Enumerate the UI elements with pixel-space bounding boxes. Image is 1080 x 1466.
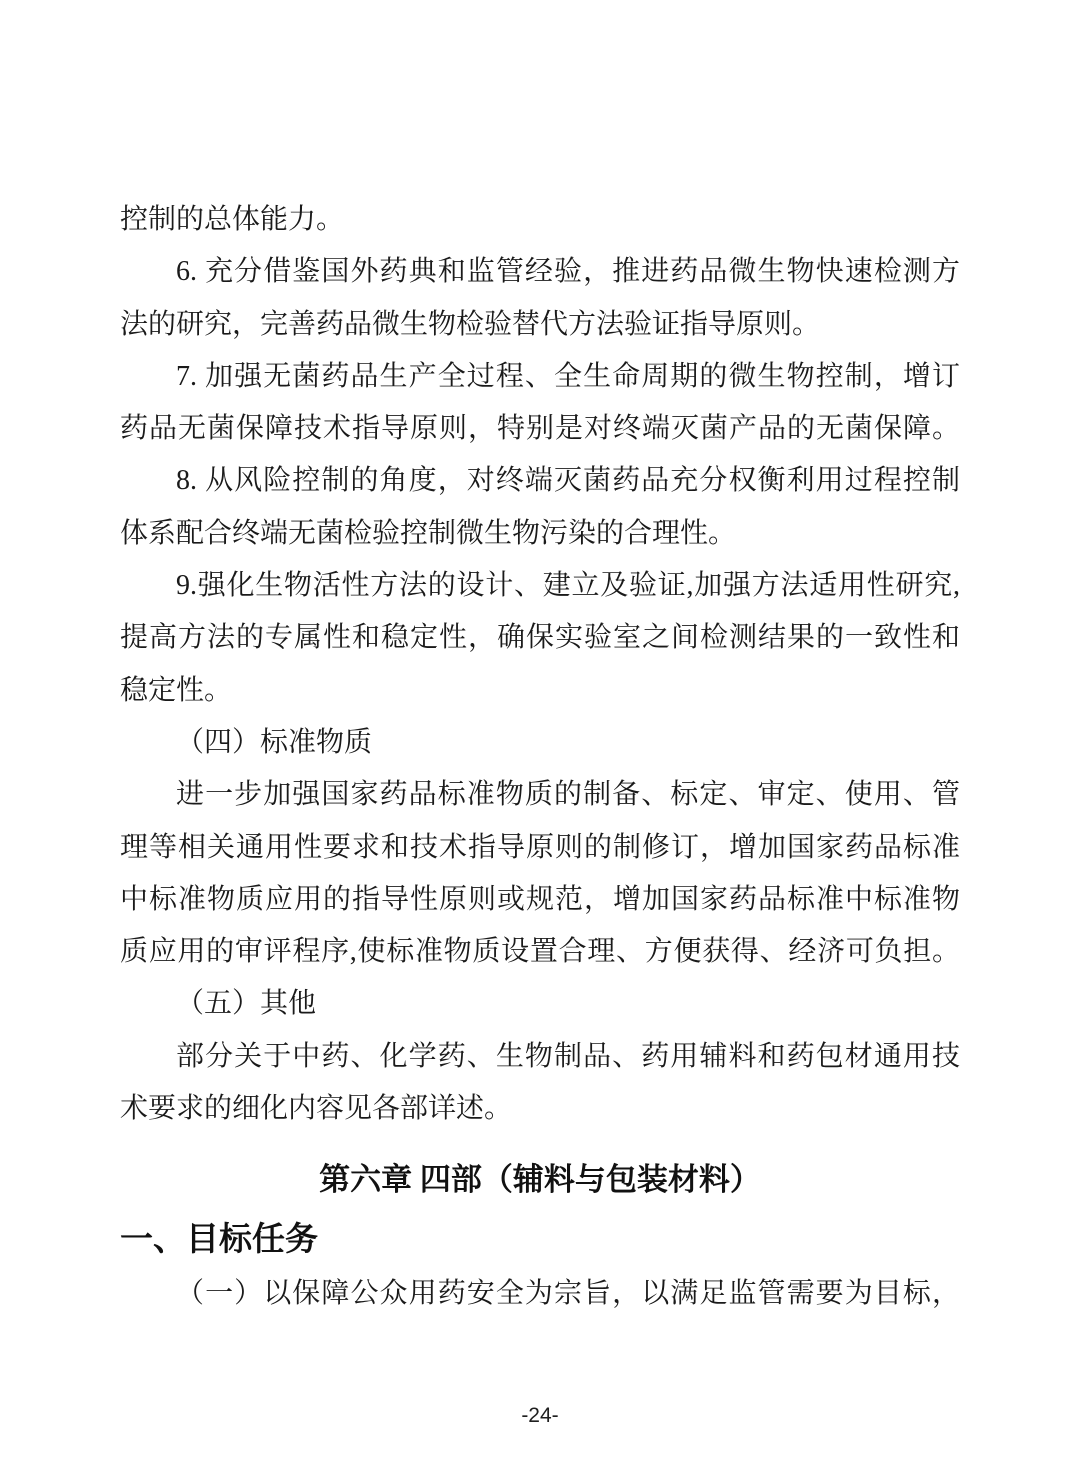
text-line: 部分关于中药、化学药、生物制品、药用辅料和药包材通用技 — [120, 1031, 960, 1083]
text-line: 中标准物质应用的指导性原则或规范，增加国家药品标准中标准物 — [120, 874, 960, 926]
text-line: （五）其他 — [120, 978, 960, 1030]
text-line: 体系配合终端无菌检验控制微生物污染的合理性。 — [120, 508, 960, 560]
text-line: 理等相关通用性要求和技术指导原则的制修订，增加国家药品标准 — [120, 822, 960, 874]
text-line: 提高方法的专属性和稳定性，确保实验室之间检测结果的一致性和 — [120, 612, 960, 664]
text-line: 进一步加强国家药品标准物质的制备、标定、审定、使用、管 — [120, 769, 960, 821]
document-page: 控制的总体能力。 6. 充分借鉴国外药典和监管经验，推进药品微生物快速检测方 法… — [0, 0, 1080, 1466]
text-line: 9.强化生物活性方法的设计、建立及验证,加强方法适用性研究, — [120, 560, 960, 612]
text-line: 药品无菌保障技术指导原则，特别是对终端灭菌产品的无菌保障。 — [120, 403, 960, 455]
chapter-heading: 第六章 四部（辅料与包装材料） — [0, 1156, 1080, 1204]
text-line: 法的研究，完善药品微生物检验替代方法验证指导原则。 — [120, 299, 960, 351]
text-line: （一）以保障公众用药安全为宗旨，以满足监管需要为目标， — [120, 1272, 960, 1316]
text-line: 稳定性。 — [120, 665, 960, 717]
text-line: 7. 加强无菌药品生产全过程、全生命周期的微生物控制，增订 — [120, 351, 960, 403]
text-line: 质应用的审评程序,使标准物质设置合理、方便获得、经济可负担。 — [120, 926, 960, 978]
text-line: 6. 充分借鉴国外药典和监管经验，推进药品微生物快速检测方 — [120, 246, 960, 298]
text-line: 控制的总体能力。 — [120, 194, 960, 246]
text-line: （四）标准物质 — [120, 717, 960, 769]
body-text-block: 控制的总体能力。 6. 充分借鉴国外药典和监管经验，推进药品微生物快速检测方 法… — [120, 194, 960, 1135]
text-line: 8. 从风险控制的角度，对终端灭菌药品充分权衡利用过程控制 — [120, 455, 960, 507]
text-line: 术要求的细化内容见各部详述。 — [120, 1083, 960, 1135]
page-number: -24- — [0, 1404, 1080, 1428]
section-heading: 一、目标任务 — [120, 1216, 318, 1264]
